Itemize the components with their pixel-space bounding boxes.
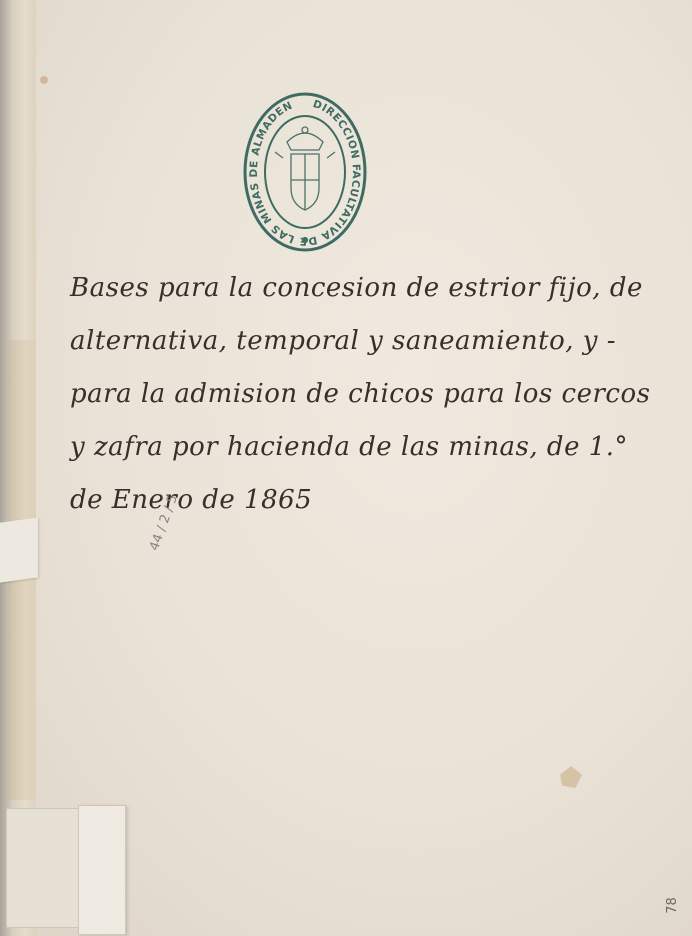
bottom-paper-flap xyxy=(6,808,84,928)
rust-spot xyxy=(40,76,48,84)
title-line-4: y zafra por hacienda de las minas, de 1.… xyxy=(70,421,670,474)
document-title: Bases para la concesion de estrior fijo,… xyxy=(70,262,670,527)
official-stamp: DIRECCION FACULTATIVA DE LAS MINAS DE AL… xyxy=(243,92,367,252)
stamp-seal-icon: DIRECCION FACULTATIVA DE LAS MINAS DE AL… xyxy=(243,92,367,252)
page-number: 78 xyxy=(665,897,680,914)
title-line-3: para la admision de chicos para los cerc… xyxy=(70,368,670,421)
foxing-stain xyxy=(560,766,582,788)
title-line-1: Bases para la concesion de estrior fijo,… xyxy=(70,262,670,315)
bottom-paper-strip xyxy=(78,805,126,935)
title-line-2: alternativa, temporal y saneamiento, y - xyxy=(70,315,670,368)
document-page: DIRECCION FACULTATIVA DE LAS MINAS DE AL… xyxy=(0,0,692,936)
torn-paper-tab xyxy=(0,517,38,582)
